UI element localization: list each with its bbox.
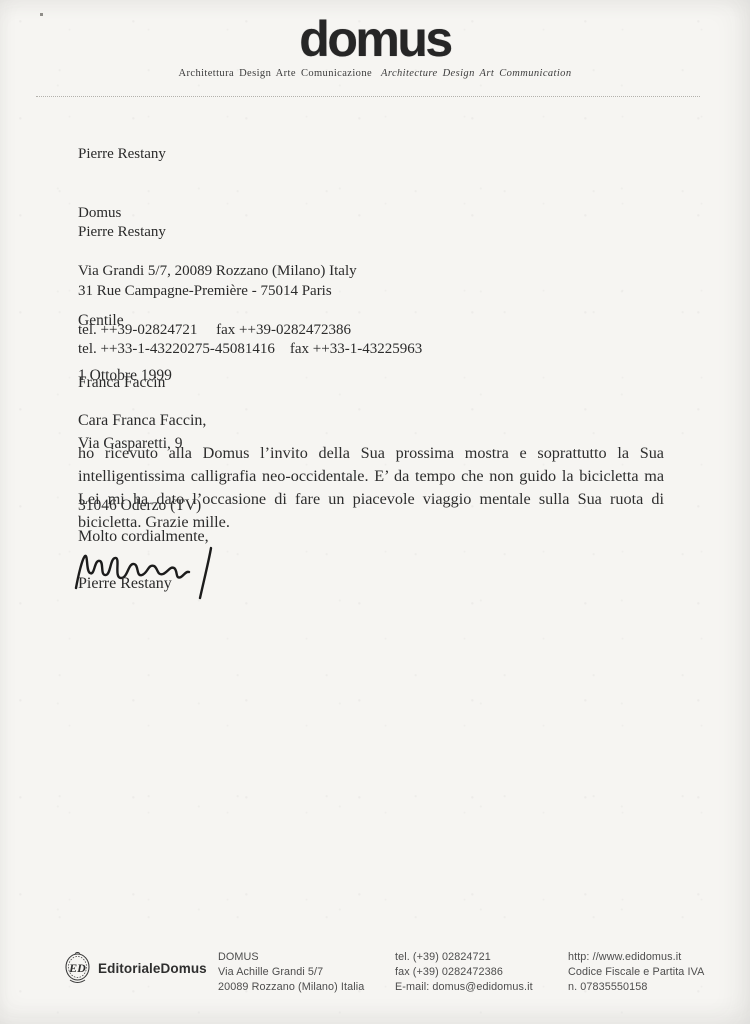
footer-fiscal-number: n. 07835550158 — [568, 980, 704, 995]
letter-greeting: Cara Franca Faccin, — [78, 412, 206, 430]
footer-email: E-mail: domus@edidomus.it — [395, 980, 533, 995]
footer-legal-column: http: //www.edidomus.it Codice Fiscale e… — [568, 950, 704, 995]
footer: ED EditorialeDomus DOMUS Via Achille Gra… — [0, 946, 750, 1006]
tagline-italian: Architettura Design Arte Comunicazione — [179, 68, 373, 79]
footer-contact-column: tel. (+39) 02824721 fax (+39) 0282472386… — [395, 950, 533, 995]
sender-paris-name: Pierre Restany — [78, 223, 422, 243]
domus-logo: domus — [0, 14, 750, 64]
footer-street: Via Achille Grandi 5/7 — [218, 965, 364, 980]
publisher-name: EditorialeDomus — [98, 961, 207, 976]
recipient-salutation: Gentile — [78, 311, 201, 332]
signer-name: Pierre Restany — [78, 575, 172, 593]
footer-city: 20089 Rozzano (Milano) Italia — [218, 980, 364, 995]
publisher-block: ED EditorialeDomus — [64, 952, 207, 984]
footer-url: http: //www.edidomus.it — [568, 950, 704, 965]
footer-fax: fax (+39) 0282472386 — [395, 965, 533, 980]
letterhead-rule — [36, 96, 700, 97]
svg-text:ED: ED — [68, 961, 86, 975]
letter-date: 1 Ottobre 1999 — [78, 367, 172, 385]
tagline-english: Architecture Design Art Communication — [381, 68, 571, 79]
footer-fiscal-label: Codice Fiscale e Partita IVA — [568, 965, 704, 980]
letter-body: ho ricevuto alla Domus l’invito della Su… — [78, 442, 664, 534]
footer-org: DOMUS — [218, 950, 364, 965]
editoriale-domus-crest-icon: ED — [64, 952, 91, 984]
scanned-letter-page: domus Architettura Design Arte Comunicaz… — [0, 0, 750, 1024]
sender-domus-name: Pierre Restany — [78, 145, 357, 165]
footer-tel: tel. (+39) 02824721 — [395, 950, 533, 965]
footer-address-column: DOMUS Via Achille Grandi 5/7 20089 Rozza… — [218, 950, 364, 995]
letterhead-tagline: Architettura Design Arte ComunicazioneAr… — [0, 68, 750, 79]
